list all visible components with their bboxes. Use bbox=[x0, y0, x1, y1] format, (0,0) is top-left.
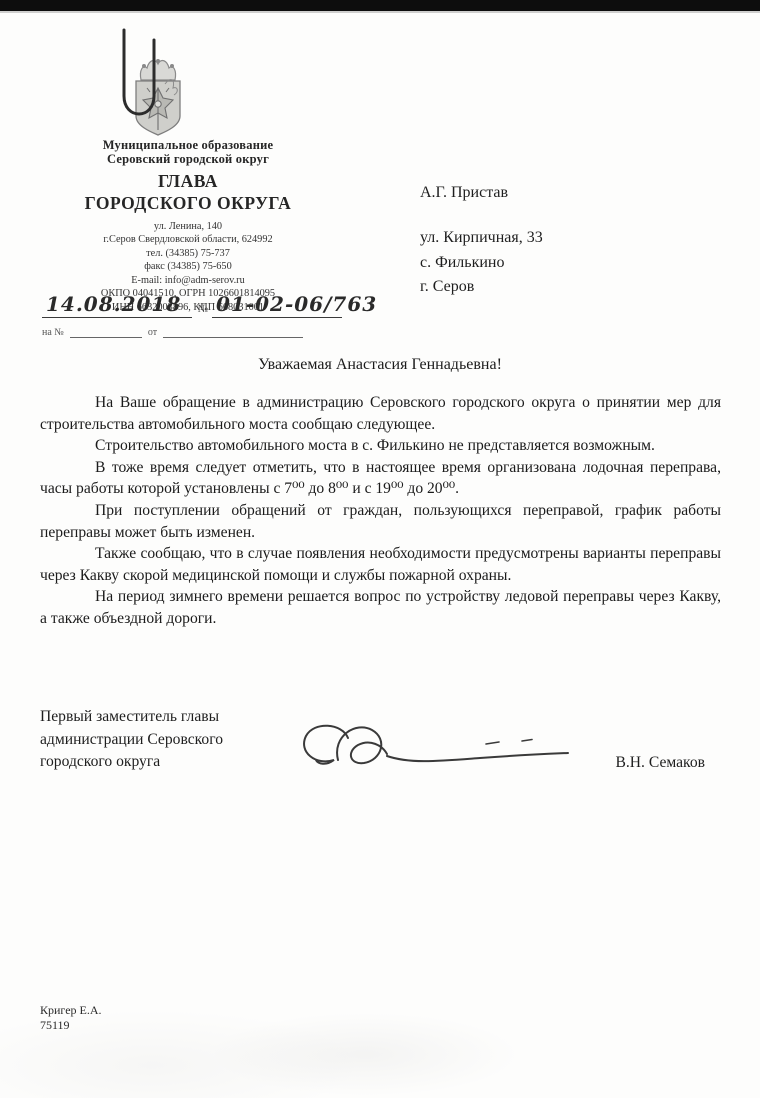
body-paragraph: На период зимнего времени решается вопро… bbox=[40, 586, 721, 629]
letterhead-org-line1: Муниципальное образование bbox=[38, 138, 338, 152]
salutation: Уважаемая Анастасия Геннадьевна! bbox=[40, 356, 720, 374]
signature-block: Первый заместитель главы администрации С… bbox=[40, 706, 720, 786]
letterhead-email: E-mail: info@adm-serov.ru bbox=[38, 275, 338, 288]
letterhead-street: ул. Ленина, 140 bbox=[38, 221, 338, 234]
body-paragraph: На Ваше обращение в администрацию Серовс… bbox=[40, 392, 721, 435]
executor-name: Кригер Е.А. bbox=[40, 1003, 102, 1018]
body-paragraph: Также сообщаю, что в случае появления не… bbox=[40, 543, 721, 586]
letterhead-title-line1: ГЛАВА bbox=[38, 171, 338, 193]
handwritten-outgoing-number: 01-02-06/763 bbox=[216, 292, 377, 316]
executor-block: Кригер Е.А. 75119 bbox=[40, 1003, 102, 1033]
recipient-street: ул. Кирпичная, 33 bbox=[420, 228, 543, 249]
letterhead-city: г.Серов Свердловской области, 624992 bbox=[38, 234, 338, 247]
handwritten-date: 14.08.2018 bbox=[46, 292, 181, 316]
letter-body: На Ваше обращение в администрацию Серовс… bbox=[40, 392, 721, 630]
body-paragraph: При поступлении обращений от граждан, по… bbox=[40, 500, 721, 543]
body-paragraph: В тоже время следует отметить, что в нас… bbox=[40, 457, 721, 500]
reply-number-blank bbox=[70, 327, 142, 338]
letterhead-emblem bbox=[103, 18, 213, 146]
signer-position-line3: городского округа bbox=[40, 751, 223, 774]
reply-date-blank bbox=[163, 327, 303, 338]
letterhead-org-line2: Серовский городской округ bbox=[38, 152, 338, 166]
scanned-letter-page: Муниципальное образование Серовский горо… bbox=[0, 0, 760, 1098]
signer-position: Первый заместитель главы администрации С… bbox=[40, 706, 223, 774]
letterhead: Муниципальное образование Серовский горо… bbox=[38, 138, 338, 315]
handwritten-signature bbox=[290, 714, 590, 774]
recipient-city: г. Серов bbox=[420, 277, 543, 298]
signer-position-line1: Первый заместитель главы bbox=[40, 706, 223, 729]
recipient-village: с. Филькино bbox=[420, 253, 543, 274]
letterhead-phone: тел. (34385) 75-737 bbox=[38, 248, 338, 261]
executor-phone: 75119 bbox=[40, 1018, 102, 1033]
scan-edge-bar bbox=[0, 0, 760, 11]
recipient-block: А.Г. Пристав ул. Кирпичная, 33 с. Фильки… bbox=[420, 183, 543, 302]
reply-to-number-label: на № bbox=[42, 327, 64, 338]
number-sign: № bbox=[198, 303, 209, 315]
reference-block: 14.08.2018 № 01-02-06/763 на № от bbox=[42, 292, 342, 338]
body-paragraph: Строительство автомобильного моста в с. … bbox=[40, 435, 721, 457]
letterhead-title-line2: ГОРОДСКОГО ОКРУГА bbox=[38, 193, 338, 215]
recipient-name: А.Г. Пристав bbox=[420, 183, 543, 204]
signer-position-line2: администрации Серовского bbox=[40, 729, 223, 752]
signer-name: В.Н. Семаков bbox=[616, 754, 706, 772]
reply-from-date-label: от bbox=[148, 327, 157, 338]
coat-of-arms-icon bbox=[103, 18, 213, 146]
letterhead-fax: факс (34385) 75-650 bbox=[38, 261, 338, 274]
